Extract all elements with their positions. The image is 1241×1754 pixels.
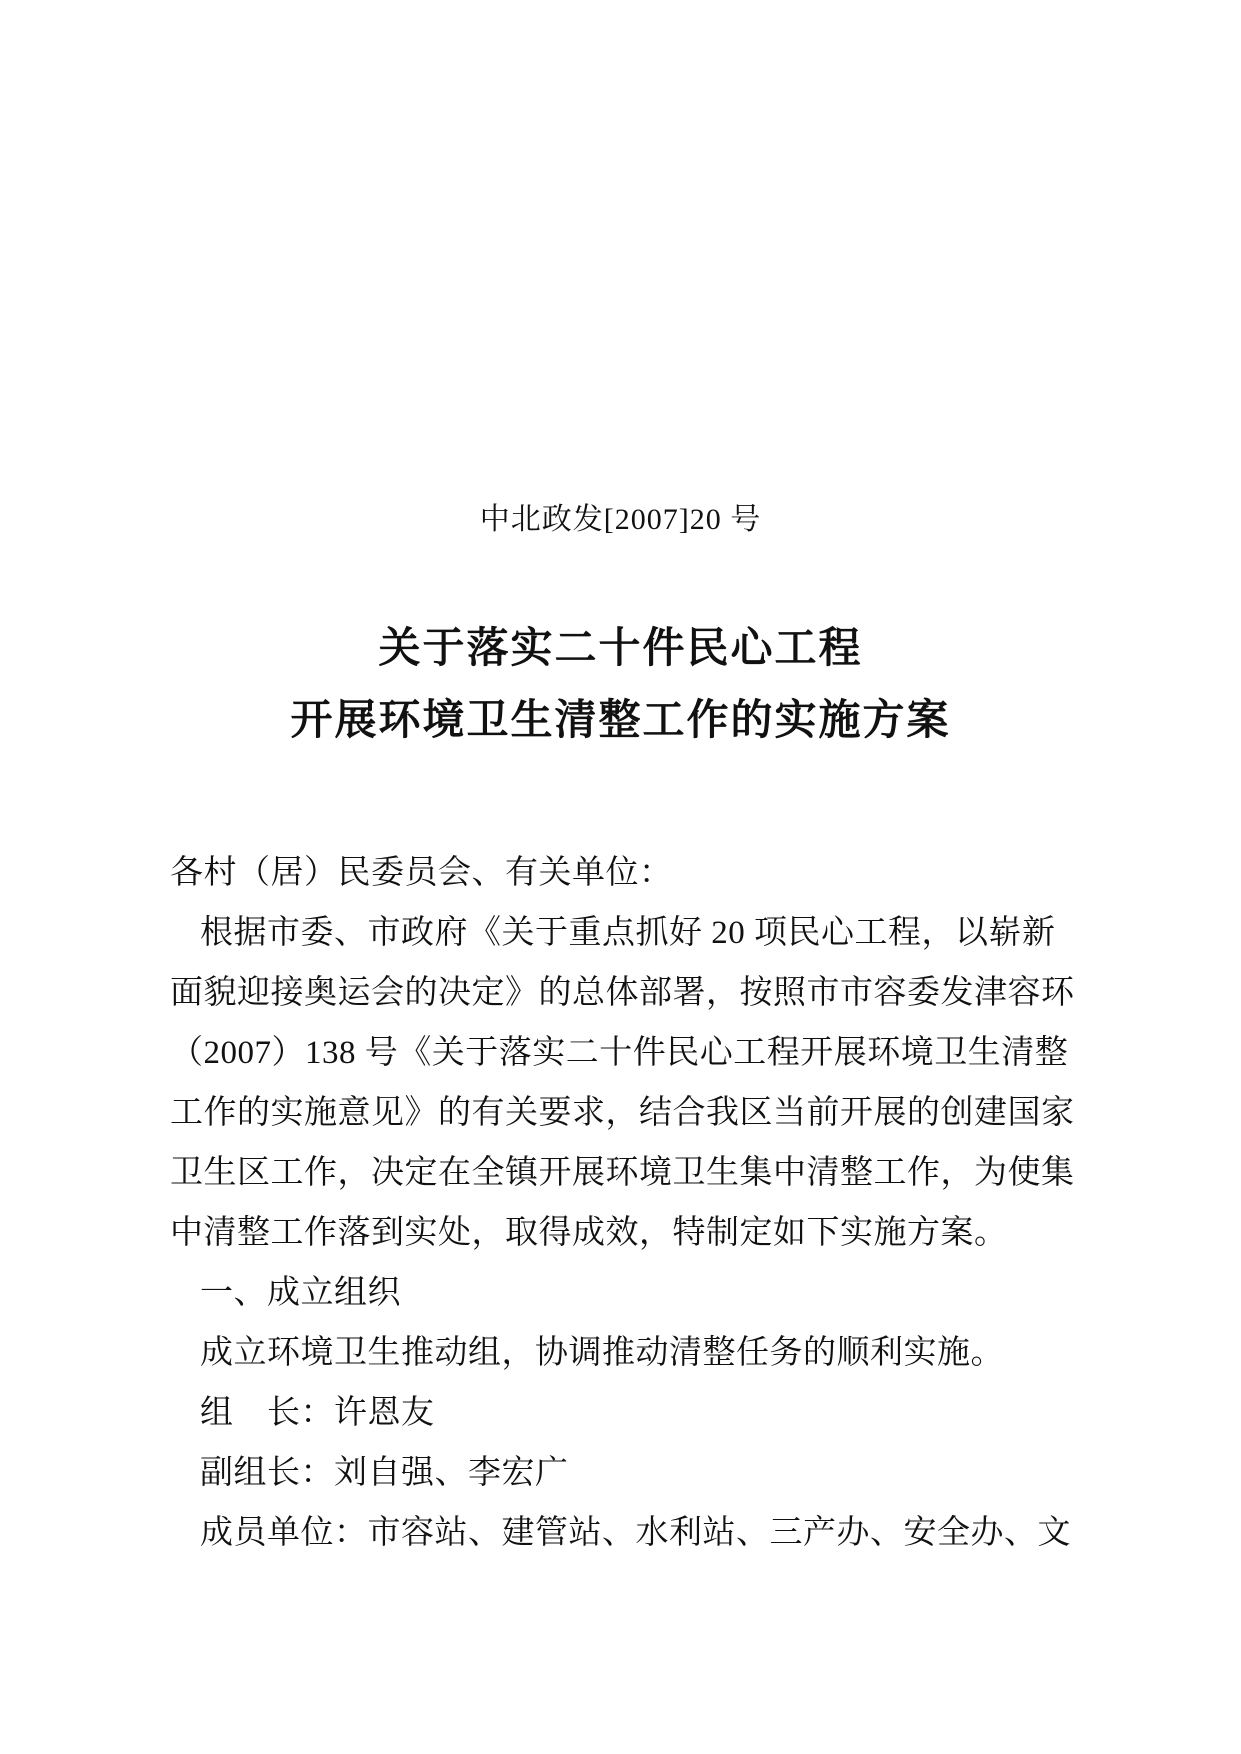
- body-line: 中清整工作落到实处，取得成效，特制定如下实施方案。: [170, 1203, 1071, 1263]
- body-line: 根据市委、市政府《关于重点抓好 20 项民心工程，以崭新: [170, 903, 1071, 963]
- body-line: 卫生区工作，决定在全镇开展环境卫生集中清整工作，为使集: [170, 1143, 1071, 1203]
- body-line-salutation: 各村（居）民委员会、有关单位：: [170, 843, 1071, 903]
- document-title: 关于落实二十件民心工程 开展环境卫生清整工作的实施方案: [0, 613, 1241, 757]
- document-title-line-2: 开展环境卫生清整工作的实施方案: [0, 685, 1241, 757]
- body-line-member-units: 成员单位：市容站、建管站、水利站、三产办、安全办、文: [170, 1503, 1071, 1563]
- body-line-deputy-leaders: 副组长：刘自强、李宏广: [170, 1443, 1071, 1503]
- body-line: （2007）138 号《关于落实二十件民心工程开展环境卫生清整: [170, 1023, 1071, 1083]
- body-line: 面貌迎接奥运会的决定》的总体部署，按照市市容委发津容环: [170, 963, 1071, 1023]
- document-title-line-1: 关于落实二十件民心工程: [0, 613, 1241, 685]
- body-line: 成立环境卫生推动组，协调推动清整任务的顺利实施。: [170, 1323, 1071, 1383]
- document-body: 各村（居）民委员会、有关单位： 根据市委、市政府《关于重点抓好 20 项民心工程…: [0, 843, 1241, 1563]
- body-line-group-leader: 组 长：许恩友: [170, 1383, 1071, 1443]
- document-page: 中北政发[2007]20 号 关于落实二十件民心工程 开展环境卫生清整工作的实施…: [0, 0, 1241, 1754]
- body-line-section-heading: 一、成立组织: [170, 1263, 1071, 1323]
- body-line: 工作的实施意见》的有关要求，结合我区当前开展的创建国家: [170, 1083, 1071, 1143]
- document-number: 中北政发[2007]20 号: [0, 497, 1241, 543]
